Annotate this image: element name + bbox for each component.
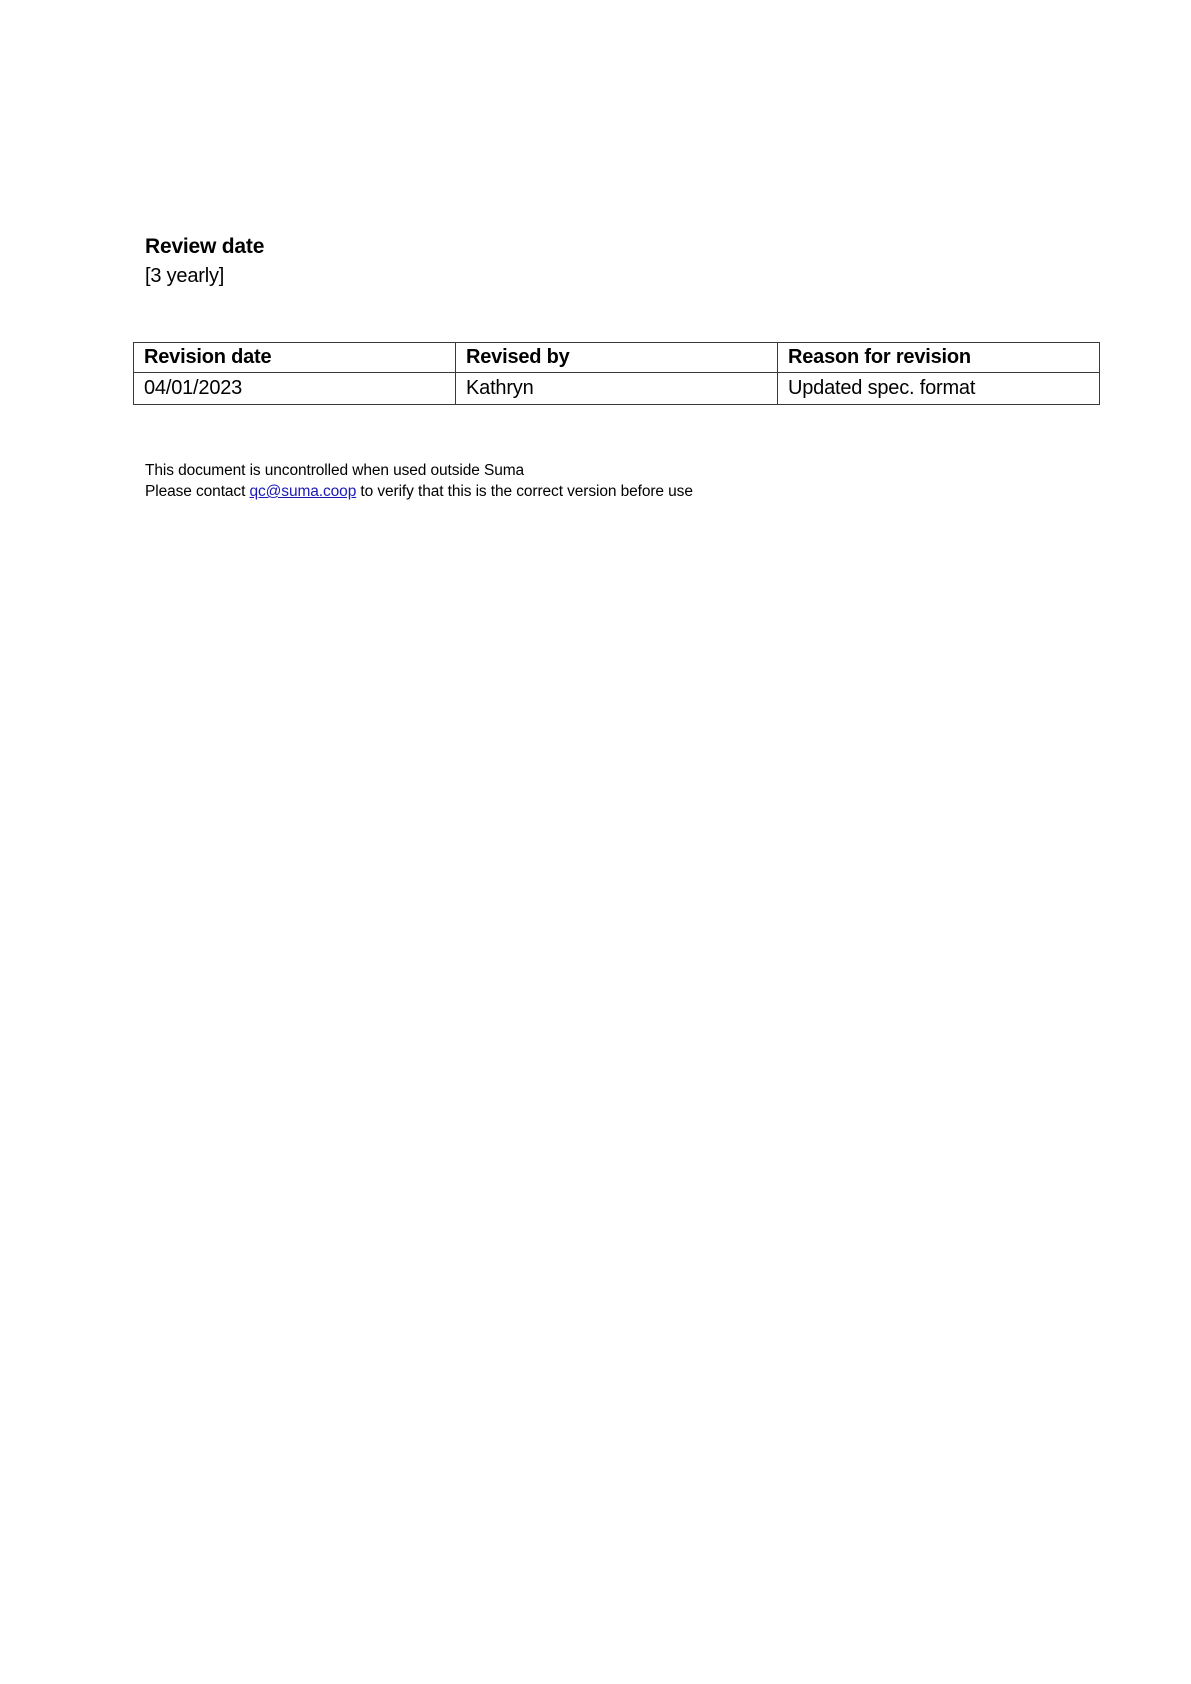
contact-notice: Please contact qc@suma.coop to verify th… [145,482,693,502]
uncontrolled-notice: This document is uncontrolled when used … [145,461,524,481]
document-page: Review date [3 yearly] Revision date Rev… [0,0,1191,1684]
header-reason-for-revision: Reason for revision [778,343,1100,373]
cell-revision-date: 04/01/2023 [134,373,456,405]
revision-table: Revision date Revised by Reason for revi… [133,342,1100,405]
contact-suffix: to verify that this is the correct versi… [356,483,693,500]
header-revision-date: Revision date [134,343,456,373]
review-date-heading: Review date [145,234,264,260]
cell-revised-by: Kathryn [456,373,778,405]
header-revised-by: Revised by [456,343,778,373]
table-header-row: Revision date Revised by Reason for revi… [134,343,1100,373]
review-date-value: [3 yearly] [145,263,224,289]
email-link[interactable]: qc@suma.coop [249,483,356,500]
cell-reason-for-revision: Updated spec. format [778,373,1100,405]
table-row: 04/01/2023 Kathryn Updated spec. format [134,373,1100,405]
contact-prefix: Please contact [145,483,249,500]
